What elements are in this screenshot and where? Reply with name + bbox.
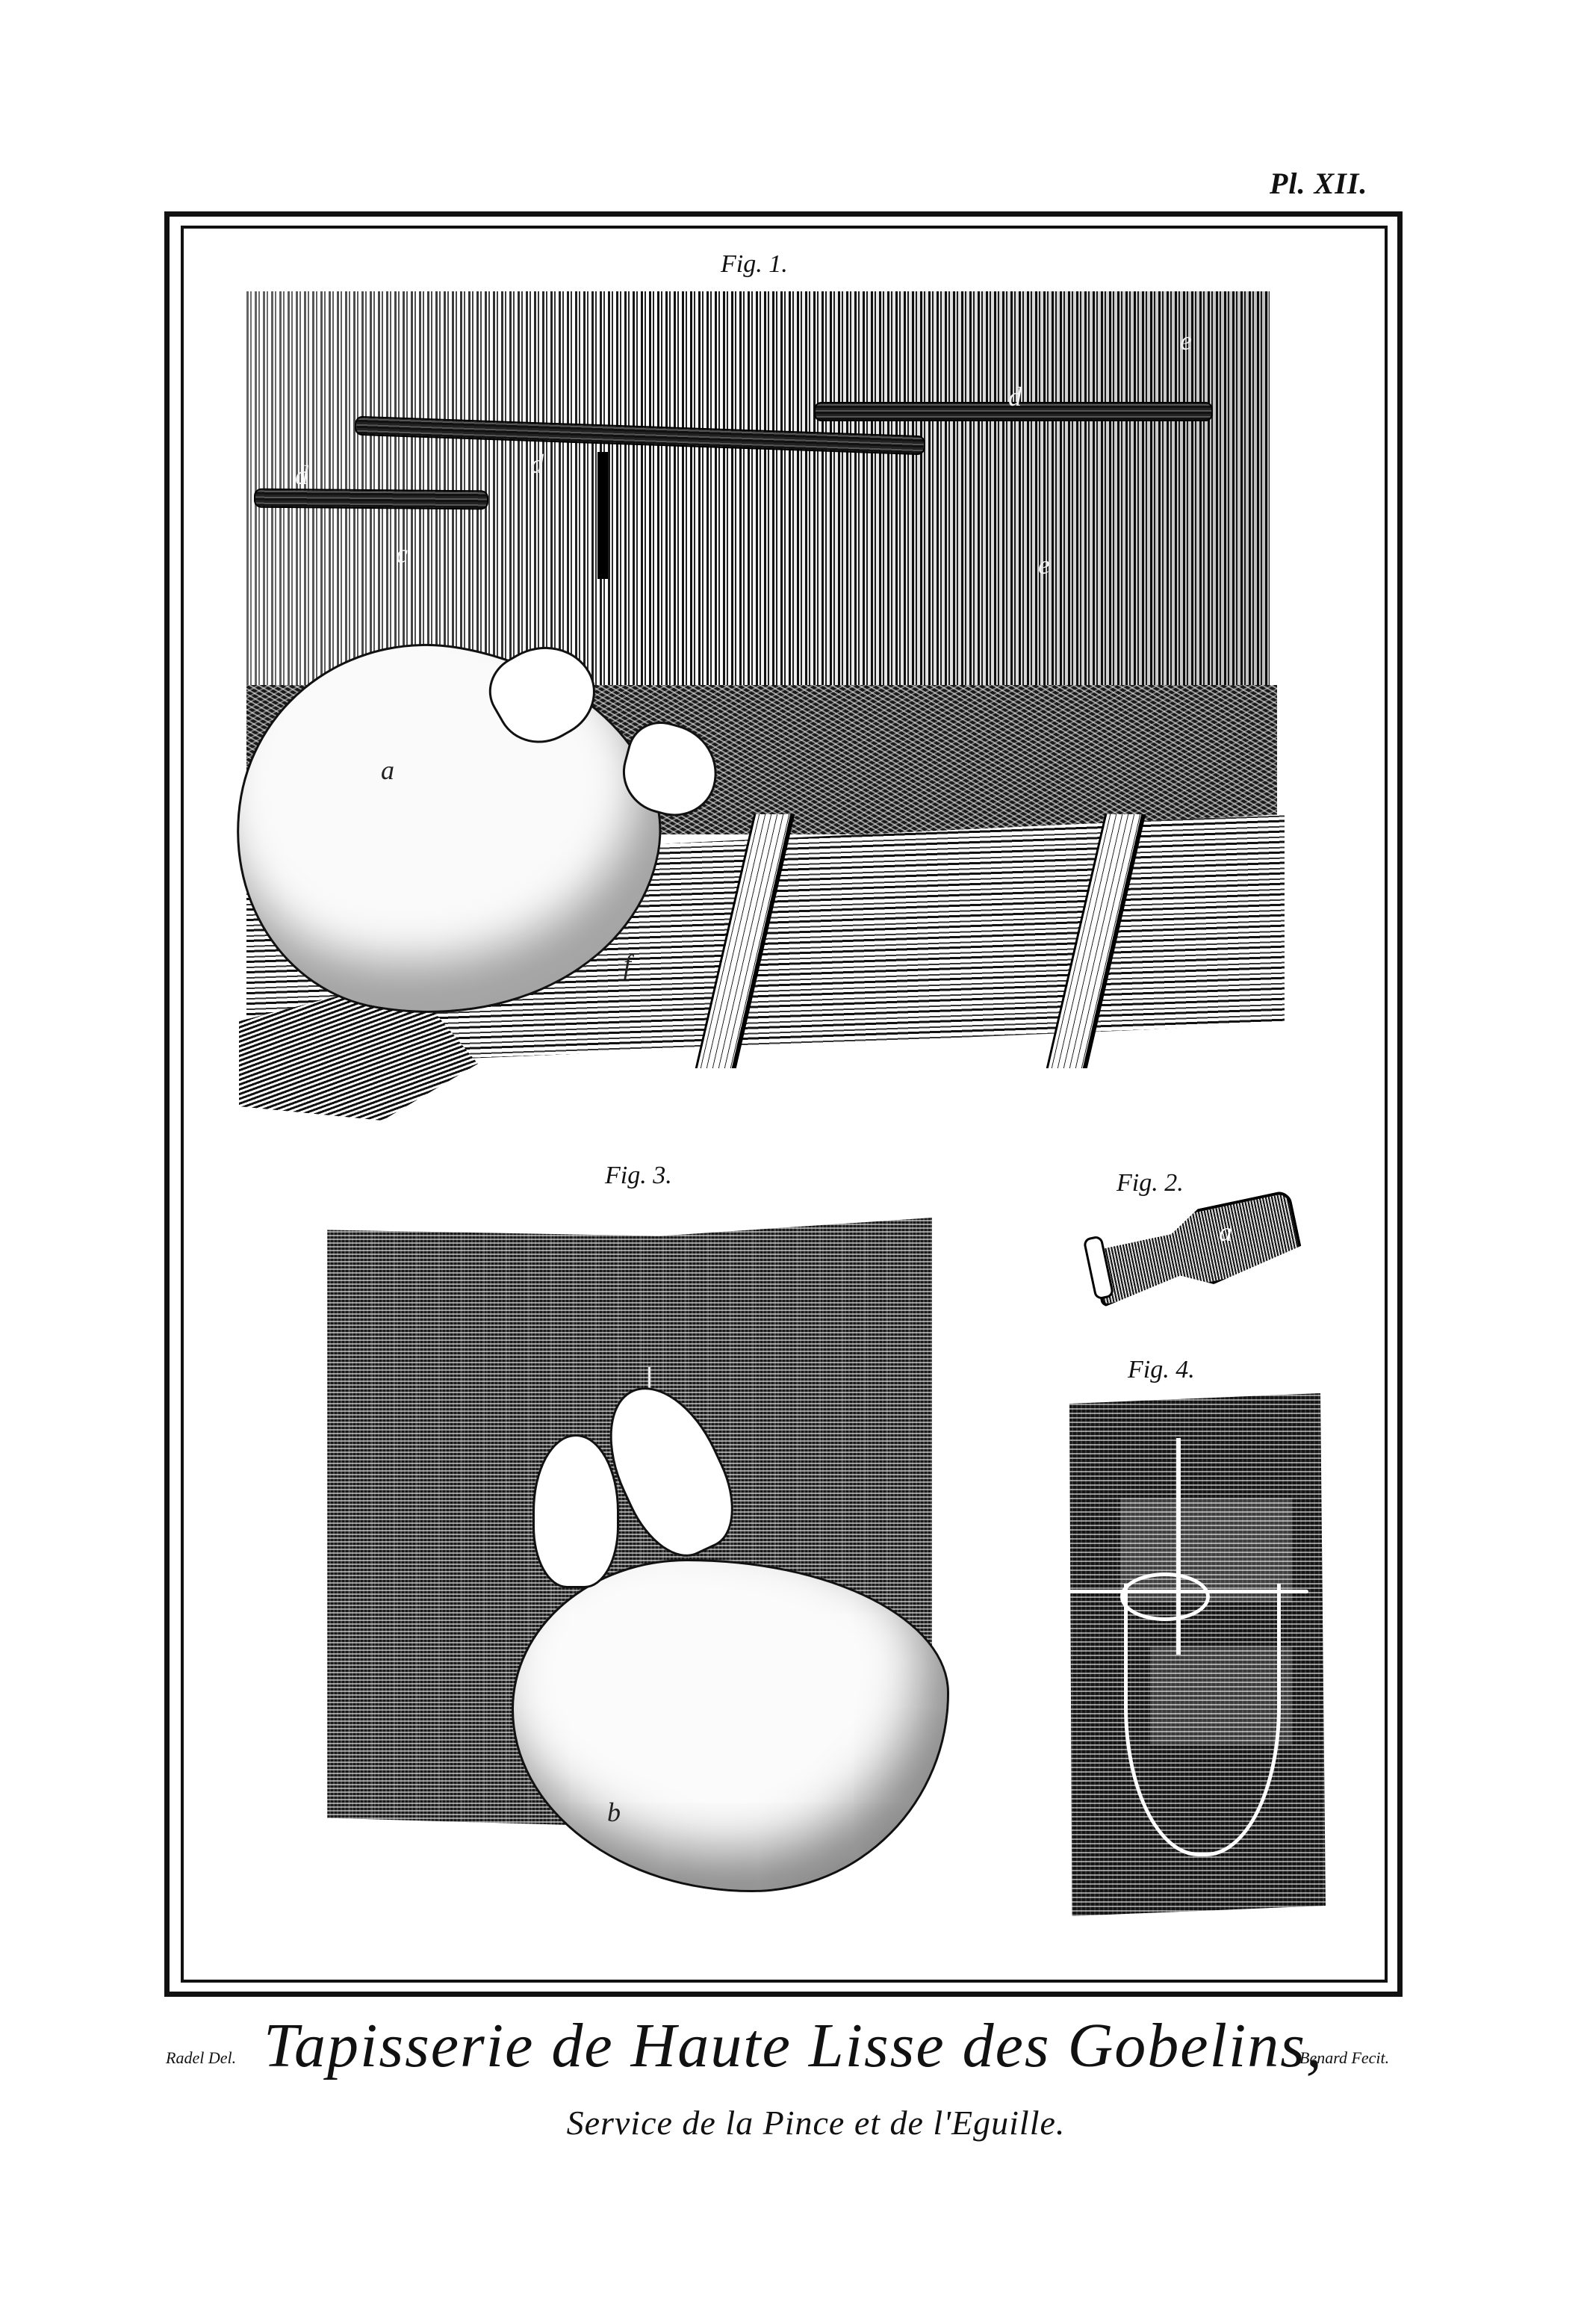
fig4-label: Fig. 4. (1128, 1356, 1195, 1384)
thread-curve (1124, 1584, 1281, 1856)
plate-subtitle: Service de la Pince et de l'Eguille. (0, 2103, 1587, 2142)
fig1-letter-b: f (624, 949, 631, 980)
weaver-arms (514, 1561, 947, 1890)
fig2-letter-a: a (1219, 1216, 1232, 1248)
fig1-letter-d-middle: d (530, 448, 544, 480)
fig1-loom-illustration: a f d d d c e e (246, 291, 1273, 1102)
fig1-letter-d-right: d (1008, 381, 1022, 412)
plate-number: Pl. XII. (1270, 166, 1367, 201)
fig1-letter-e-lower: e (1038, 549, 1050, 580)
fig3-needlework-illustration: b (327, 1210, 940, 1883)
heddle-rod-left (254, 489, 488, 510)
fig1-letter-d-left: d (295, 459, 308, 491)
pince-tool (597, 452, 608, 579)
fig3-letter-b: b (607, 1797, 621, 1828)
plate-title: Tapisserie de Haute Lisse des Gobelins, (0, 2010, 1587, 2082)
horizontal-needle (1040, 1590, 1308, 1593)
fig4-needle-detail-illustration (1023, 1386, 1337, 1924)
fig2-label: Fig. 2. (1117, 1169, 1184, 1197)
fig1-letter-c: c (396, 538, 408, 569)
fig1-letter-a: a (381, 754, 394, 786)
weaver-left-hand (532, 1434, 619, 1588)
fig1-letter-e-top: e (1180, 325, 1192, 356)
fig3-label: Fig. 3. (605, 1162, 672, 1190)
fig1-label: Fig. 1. (721, 250, 788, 279)
